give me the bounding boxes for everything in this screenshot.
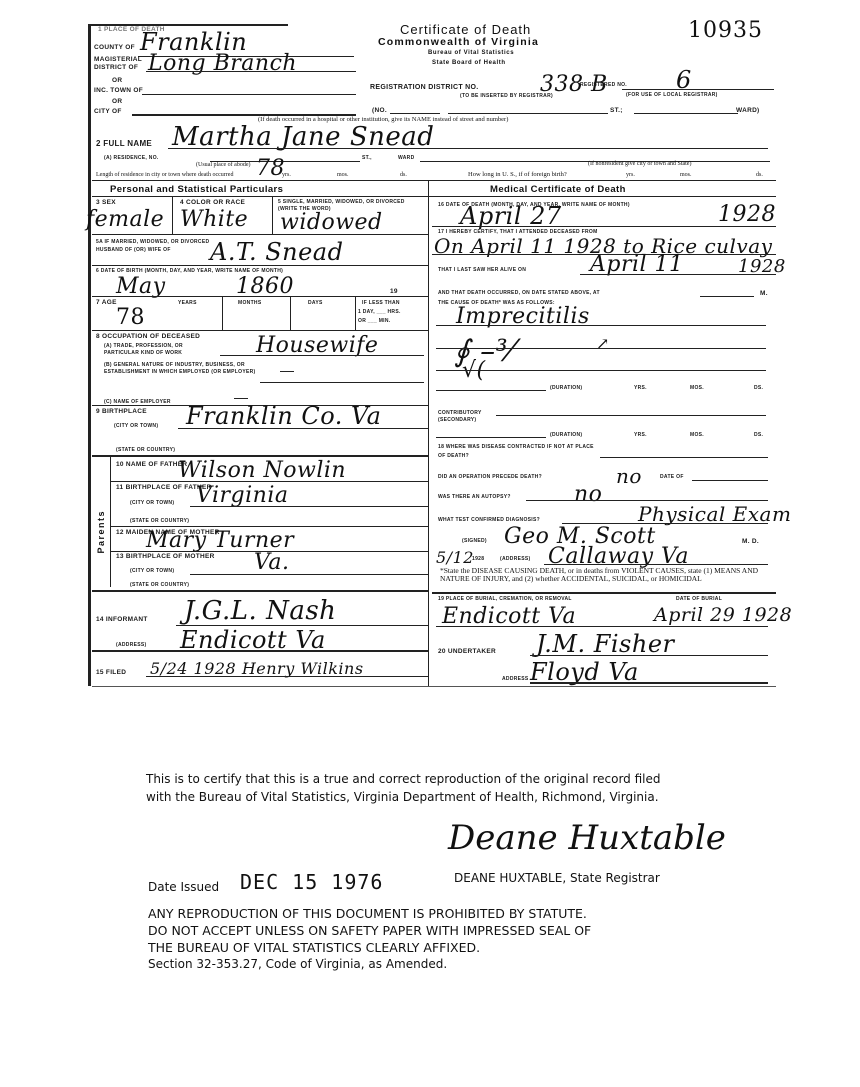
- sex-divider: [172, 196, 173, 234]
- birthplace-state-label: (State or country): [116, 447, 175, 453]
- one-day-label: 1 day, ___ hrs.: [358, 309, 401, 315]
- mother-birthplace-line: [190, 574, 428, 575]
- undertaker-address-label: Address: [502, 676, 529, 682]
- burial-line: [436, 626, 768, 627]
- filed-label: 15 Filed: [96, 669, 126, 676]
- undertaker-label: 20 Undertaker: [438, 648, 496, 655]
- duration-mos-1: mos.: [690, 385, 704, 391]
- months-divider: [290, 296, 291, 330]
- operation-label: Did an Operation Precede Death?: [438, 474, 542, 480]
- duration-line-2: [436, 437, 546, 438]
- magisterial-value: Long Branch: [148, 51, 297, 76]
- foreign-birth-label: How long in U. S., if of foreign birth?: [468, 171, 567, 178]
- section-header-line: [92, 196, 776, 197]
- or-label: or: [112, 77, 122, 84]
- nonresident-note: (If nonresident give city or town and St…: [588, 161, 691, 167]
- last-saw-line: [580, 274, 776, 275]
- or-label-2: or: [112, 98, 122, 105]
- length-yrs-label: yrs.: [282, 172, 291, 178]
- birthplace-value: Franklin Co. Va: [186, 402, 381, 430]
- duration-label-1: (Duration): [550, 385, 582, 391]
- foreign-ds: ds.: [756, 172, 763, 178]
- duration-yrs-1: yrs.: [634, 385, 647, 391]
- occurred-label: And That Death Occurred, on Date Stated …: [438, 290, 600, 296]
- duration-ds-1: ds.: [754, 385, 763, 391]
- burial-date-label: Date of Burial: [676, 596, 722, 602]
- where-contracted-line: [600, 457, 768, 458]
- race-label: 4 Color or Race: [180, 199, 245, 206]
- board-title: State Board of Health: [432, 60, 506, 66]
- contributory-line: [496, 415, 766, 416]
- inc-town-line: [142, 94, 356, 95]
- cause-line-2: [436, 348, 766, 349]
- dob-19-label: 19: [390, 288, 398, 295]
- years-label: Years: [178, 300, 197, 306]
- informant-value: J.G.L. Nash: [184, 596, 336, 626]
- trade-label: (a) Trade, profession, or particular kin…: [104, 343, 214, 357]
- registered-line: [622, 89, 774, 90]
- filed-line: [146, 676, 428, 677]
- registered-no-label: Registered No.: [580, 82, 627, 88]
- residence-bottom-line: [92, 180, 776, 181]
- parents-divider: [110, 455, 111, 587]
- cause-line-3: [436, 370, 766, 371]
- birthplace-city-label: (City or town): [114, 423, 158, 429]
- physician-address-label: (Address): [500, 556, 530, 562]
- foreign-mos: mos.: [680, 172, 692, 178]
- death-year-value: 1928: [718, 202, 776, 227]
- no-line: [390, 113, 440, 114]
- duration-label-2: (Duration): [550, 432, 582, 438]
- duration-yrs-2: yrs.: [634, 432, 647, 438]
- or-min-label: or ___ min.: [358, 318, 390, 324]
- race-divider: [272, 196, 273, 234]
- registered-note: (For use of local registrar): [626, 92, 718, 98]
- foreign-yrs: yrs.: [626, 172, 635, 178]
- usual-place-note: (Usual place of abode): [196, 162, 250, 168]
- warning-line-2: DO NOT ACCEPT UNLESS ON SAFETY PAPER WIT…: [148, 922, 591, 939]
- occupation-line: [220, 355, 424, 356]
- contributory-label: Contributory (Secondary): [438, 410, 498, 424]
- date-issued-value: DEC 15 1976: [240, 870, 383, 894]
- physician-address-line: [544, 564, 768, 565]
- father-birthplace-line: [190, 506, 428, 507]
- birthplace-label: 9 Birthplace: [96, 408, 147, 415]
- inc-town-label: Inc. Town of: [94, 87, 143, 94]
- operation-date-label: Date of: [660, 474, 684, 480]
- father-state-label: (State or country): [130, 518, 189, 524]
- days-label: Days: [308, 300, 323, 306]
- city-label: City of: [94, 108, 122, 115]
- bureau-title: Bureau of Vital Statistics: [428, 50, 514, 56]
- medical-section-title: Medical Certificate of Death: [490, 184, 626, 195]
- days-divider: [355, 296, 356, 330]
- registrar-signature: Deane Huxtable: [448, 818, 726, 858]
- length-mos-label: mos.: [337, 172, 349, 178]
- race-value: White: [180, 207, 248, 232]
- ward-label: Ward): [736, 107, 760, 114]
- warning-line-1: ANY REPRODUCTION OF THIS DOCUMENT IS PRO…: [148, 905, 587, 922]
- sex-value: female: [86, 207, 164, 232]
- parents-label: Parents: [96, 510, 106, 554]
- spouse-line: [92, 265, 428, 266]
- registrar-name: DEANE HUXTABLE, State Registrar: [454, 871, 660, 885]
- personal-section-title: Personal and Statistical Particulars: [110, 184, 283, 195]
- duration-line-1: [436, 390, 546, 391]
- duration-ds-2: ds.: [754, 432, 763, 438]
- occupation-label: 8 Occupation of Deceased: [96, 333, 200, 340]
- footnote-line: [432, 592, 776, 594]
- registration-note: (To be inserted by Registrar): [460, 93, 553, 99]
- birthplace-line: [178, 428, 428, 429]
- autopsy-line: [526, 500, 768, 501]
- mother-birthplace-label: 13 Birthplace of Mother: [116, 553, 215, 560]
- industry-line: [260, 382, 424, 383]
- signed-year-value: 1928: [472, 556, 484, 562]
- form-bottom-line: [92, 686, 776, 687]
- residence-ward-label: Ward: [398, 155, 414, 161]
- mother-state-label: (State or country): [130, 582, 189, 588]
- cause-annotation-2: ↗: [596, 334, 610, 353]
- length-residence-label: Length of residence in city or town wher…: [96, 172, 233, 178]
- full-name-line: [168, 148, 768, 149]
- father-city-label: (City or town): [130, 500, 174, 506]
- parents-bottom-line: [92, 590, 428, 592]
- magisterial-label: Magisterial District of: [94, 56, 144, 72]
- no-label: (No.: [372, 107, 387, 114]
- father-label: 10 Name of Father: [116, 461, 187, 468]
- age-label: 7 Age: [96, 299, 117, 306]
- mother-city-label: (City or town): [130, 568, 174, 574]
- age-value: 78: [116, 305, 145, 330]
- dob-line: [92, 296, 428, 297]
- md-label: M. D.: [742, 538, 759, 545]
- father-birthplace-value: Virginia: [196, 483, 289, 508]
- signed-date-value: 5/12: [436, 548, 474, 567]
- certificate-title: Certificate of Death: [400, 22, 531, 37]
- code-section: Section 32-353.27, Code of Virginia, as …: [148, 957, 447, 971]
- county-label: County of: [94, 44, 135, 51]
- signed-label: (Signed): [462, 538, 487, 544]
- certificate-number: 10935: [688, 18, 763, 43]
- burial-date-value: April 29 1928: [654, 604, 792, 626]
- length-ds-label: ds.: [400, 172, 407, 178]
- cause-footnote: *State the DISEASE CAUSING DEATH, or in …: [440, 567, 776, 583]
- father-line: [110, 481, 428, 482]
- sex-race-bottom-line: [92, 234, 428, 235]
- operation-value: no: [616, 464, 642, 488]
- autopsy-label: Was There an Autopsy?: [438, 494, 511, 500]
- duration-mos-2: mos.: [690, 432, 704, 438]
- industry-value: —: [280, 362, 294, 378]
- industry-label: (b) General nature of industry, business…: [104, 362, 264, 376]
- column-divider: [428, 180, 429, 686]
- marital-value: widowed: [280, 210, 383, 235]
- magisterial-line: [146, 71, 356, 72]
- last-saw-label: That I last saw her alive on: [438, 267, 526, 273]
- sex-label: 3 Sex: [96, 199, 116, 206]
- autopsy-value: no: [574, 482, 602, 507]
- residence-st-label: St.,: [362, 155, 372, 161]
- warning-line-3: THE BUREAU OF VITAL STATISTICS CLEARLY A…: [148, 939, 480, 956]
- commonwealth-title: Commonwealth of Virginia: [378, 36, 539, 48]
- st-label: St.;: [610, 107, 623, 114]
- cause-line-1: [436, 325, 766, 326]
- street-line: [448, 113, 608, 114]
- operation-date-line: [692, 480, 768, 481]
- informant-address-line: [92, 650, 428, 652]
- registration-district-label: Registration District No.: [370, 84, 478, 91]
- undertaker-value: J.M. Fisher: [536, 630, 675, 658]
- undertaker-line: [530, 655, 768, 656]
- test-label: What Test Confirmed Diagnosis?: [438, 517, 540, 523]
- length-residence-value: 78: [256, 156, 285, 181]
- informant-label: 14 Informant: [96, 616, 148, 623]
- full-name-label: 2 Full Name: [96, 139, 152, 148]
- date-of-death-line: [432, 226, 776, 227]
- months-label: Months: [238, 300, 261, 306]
- occurred-m-label: M.: [760, 290, 768, 297]
- mother-birthplace-value: Va.: [254, 550, 289, 575]
- age-line: [92, 330, 428, 331]
- informant-address-label: (Address): [116, 642, 146, 648]
- residence-label: (a) Residence, No.: [104, 155, 159, 161]
- spouse-value: A.T. Snead: [210, 238, 343, 266]
- date-issued-label: Date Issued: [148, 880, 219, 894]
- years-divider: [222, 296, 223, 330]
- birthplace-bottom-line: [92, 455, 428, 457]
- occurred-line: [700, 296, 754, 297]
- ward-line: [634, 113, 738, 114]
- father-value: Wilson Nowlin: [178, 458, 346, 483]
- certification-text: This is to certify that this is a true a…: [146, 770, 686, 806]
- father-state-line: [110, 526, 428, 527]
- undertaker-address-line: [530, 682, 768, 684]
- where-contracted-label: 18 Where Was Disease Contracted if not a…: [438, 443, 598, 461]
- burial-label: 19 Place of Burial, Cremation, or Remova…: [438, 596, 608, 602]
- less-than-label: If less than: [362, 300, 400, 306]
